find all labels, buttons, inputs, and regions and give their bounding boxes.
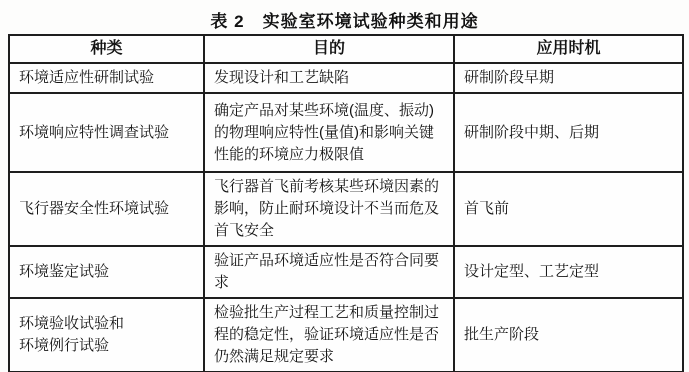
cell-timing: 批生产阶段 — [454, 298, 683, 372]
cell-type: 飞行器安全性环境试验 — [9, 172, 204, 246]
cell-purpose: 确定产品对某些环境(温度、振动)的物理响应特性(量值)和影响关键性能的环境应力极… — [204, 93, 454, 172]
header-cell-purpose: 目的 — [204, 35, 454, 63]
cell-purpose: 飞行器首飞前考核某些环境因素的影响，防止耐环境设计不当而危及首飞安全 — [204, 172, 454, 246]
document-page: 表 2 实验室环境试验种类和用途 种类 目的 应用时机 环境适应性研制试验 发现… — [0, 0, 689, 372]
cell-timing: 研制阶段早期 — [454, 63, 683, 93]
cell-timing: 首飞前 — [454, 172, 683, 246]
table-row: 环境鉴定试验 验证产品环境适应性是否符合同要求 设计定型、工艺定型 — [9, 246, 683, 298]
table-title: 表 2 实验室环境试验种类和用途 — [0, 7, 689, 32]
lab-test-table: 种类 目的 应用时机 环境适应性研制试验 发现设计和工艺缺陷 研制阶段早期 环境… — [8, 34, 684, 372]
cell-timing: 设计定型、工艺定型 — [454, 246, 683, 298]
cell-timing: 研制阶段中期、后期 — [454, 93, 683, 172]
table-row: 飞行器安全性环境试验 飞行器首飞前考核某些环境因素的影响，防止耐环境设计不当而危… — [9, 172, 683, 246]
cell-type: 环境适应性研制试验 — [9, 63, 204, 93]
cell-purpose: 检验批生产过程工艺和质量控制过程的稳定性，验证环境适应性是否仍然满足规定要求 — [204, 298, 454, 372]
table-row: 环境验收试验和 环境例行试验 检验批生产过程工艺和质量控制过程的稳定性，验证环境… — [9, 298, 683, 372]
header-cell-timing: 应用时机 — [454, 35, 683, 63]
cell-type: 环境鉴定试验 — [9, 246, 204, 298]
cell-purpose: 发现设计和工艺缺陷 — [204, 63, 454, 93]
table-row: 环境适应性研制试验 发现设计和工艺缺陷 研制阶段早期 — [9, 63, 683, 93]
cell-purpose: 验证产品环境适应性是否符合同要求 — [204, 246, 454, 298]
table-row: 环境响应特性调查试验 确定产品对某些环境(温度、振动)的物理响应特性(量值)和影… — [9, 93, 683, 172]
cell-type: 环境响应特性调查试验 — [9, 93, 204, 172]
header-row: 种类 目的 应用时机 — [9, 35, 683, 63]
cell-type: 环境验收试验和 环境例行试验 — [9, 298, 204, 372]
header-cell-type: 种类 — [9, 35, 204, 63]
